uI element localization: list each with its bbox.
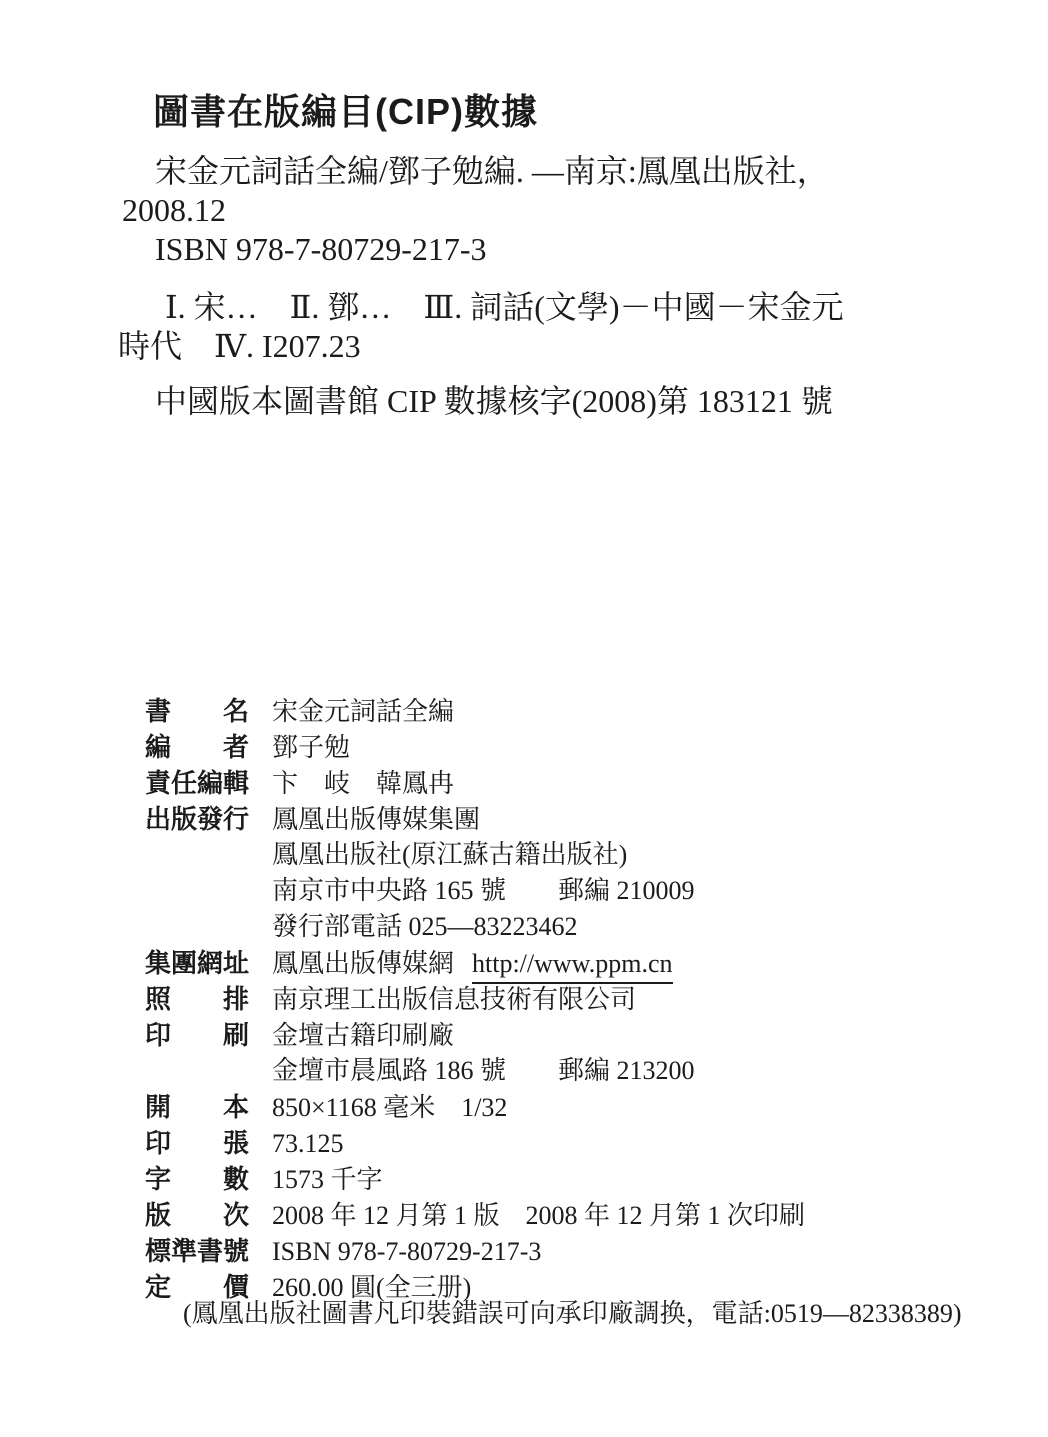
cip-entry-line-2: 2008.12 [122, 191, 962, 230]
colophon-row-value: 73.125 [272, 1126, 344, 1162]
copyright-page: 圖書在版編目(CIP)數據 宋金元詞話全編/鄧子勉編. —南京:鳳凰出版社， 2… [0, 0, 1048, 1437]
colophon-row-label: 責任編輯 [145, 765, 251, 801]
colophon-row-value: 金壇市晨風路 186 號 郵編 213200 [272, 1053, 695, 1089]
cip-record-number: 中國版本圖書館 CIP 數據核字(2008)第 183121 號 [155, 382, 833, 421]
colophon-row: 印 張73.125 [145, 1125, 805, 1161]
colophon-row-label: 標準書號 [145, 1233, 251, 1269]
colophon-row-value: 1573 千字 [272, 1162, 383, 1198]
errata-note: (鳳凰出版社圖書凡印裝錯誤可向承印廠調换，電話:0519—82338389) [183, 1297, 962, 1331]
colophon-row: 金壇市晨風路 186 號 郵編 213200 [145, 1053, 805, 1089]
colophon-row: 集團網址鳳凰出版傳媒網http://www.ppm.cn [145, 945, 805, 981]
cip-classification-block: Ⅰ. 宋… Ⅱ. 鄧… Ⅲ. 詞話(文學)－中國－宋金元 時代 Ⅳ. I207.… [118, 288, 978, 366]
colophon-row: 發行部電話 025—83223462 [145, 909, 805, 945]
isbn-line: ISBN 978-7-80729-217-3 [122, 230, 962, 269]
colophon-row-label: 印 刷 [145, 1017, 251, 1053]
colophon-row-value: 發行部電話 025—83223462 [272, 909, 578, 945]
colophon-row: 照 排南京理工出版信息技術有限公司 [145, 981, 805, 1017]
classification-line-1: Ⅰ. 宋… Ⅱ. 鄧… Ⅲ. 詞話(文學)－中國－宋金元 [118, 288, 978, 327]
colophon-table: 書 名宋金元詞話全編編 者鄧子勉責任編輯卞 岐 韓鳳冉出版發行鳳凰出版傳媒集團鳳… [145, 693, 805, 1305]
cip-entry-line-1: 宋金元詞話全編/鄧子勉編. —南京:鳳凰出版社， [122, 152, 962, 191]
colophon-row-label: 編 者 [145, 729, 251, 765]
colophon-row-label: 集團網址 [145, 945, 251, 981]
colophon-row-value: 鳳凰出版傳媒集團 [272, 802, 480, 838]
colophon-row: 出版發行鳳凰出版傳媒集團 [145, 801, 805, 837]
cip-entry-block: 宋金元詞話全編/鄧子勉編. —南京:鳳凰出版社， 2008.12 ISBN 97… [122, 152, 962, 269]
colophon-row-value: 鳳凰出版傳媒網 [272, 946, 454, 982]
colophon-row-value: ISBN 978-7-80729-217-3 [272, 1234, 541, 1270]
colophon-row: 南京市中央路 165 號 郵編 210009 [145, 873, 805, 909]
colophon-row-label: 開 本 [145, 1089, 251, 1125]
publisher-url: http://www.ppm.cn [472, 946, 673, 984]
colophon-row-label: 印 張 [145, 1125, 251, 1161]
colophon-row-value: 宋金元詞話全編 [272, 694, 454, 730]
colophon-row-label: 字 數 [145, 1161, 251, 1197]
colophon-row-value: 850×1168 毫米 1/32 [272, 1090, 507, 1126]
colophon-row-value: 金壇古籍印刷廠 [272, 1018, 454, 1054]
colophon-row: 標準書號ISBN 978-7-80729-217-3 [145, 1233, 805, 1269]
colophon-row: 開 本850×1168 毫米 1/32 [145, 1089, 805, 1125]
colophon-row: 責任編輯卞 岐 韓鳳冉 [145, 765, 805, 801]
colophon-row: 編 者鄧子勉 [145, 729, 805, 765]
colophon-row: 鳳凰出版社(原江蘇古籍出版社) [145, 837, 805, 873]
colophon-row-value: 南京市中央路 165 號 郵編 210009 [272, 873, 695, 909]
colophon-row: 版 次2008 年 12 月第 1 版 2008 年 12 月第 1 次印刷 [145, 1197, 805, 1233]
cip-heading: 圖書在版編目(CIP)數據 [153, 90, 538, 134]
colophon-row: 印 刷金壇古籍印刷廠 [145, 1017, 805, 1053]
colophon-row-value: 2008 年 12 月第 1 版 2008 年 12 月第 1 次印刷 [272, 1198, 805, 1234]
colophon-row-value: 鄧子勉 [272, 730, 350, 766]
colophon-row: 書 名宋金元詞話全編 [145, 693, 805, 729]
colophon-row-value: 南京理工出版信息技術有限公司 [272, 982, 636, 1018]
colophon-row-label: 書 名 [145, 693, 251, 729]
colophon-row: 字 數1573 千字 [145, 1161, 805, 1197]
colophon-row-label: 照 排 [145, 981, 251, 1017]
colophon-row-label: 版 次 [145, 1197, 251, 1233]
colophon-row-label: 出版發行 [145, 801, 251, 837]
classification-line-2: 時代 Ⅳ. I207.23 [118, 327, 978, 366]
colophon-row-value: 鳳凰出版社(原江蘇古籍出版社) [272, 837, 627, 873]
colophon-row-value: 卞 岐 韓鳳冉 [272, 766, 454, 802]
